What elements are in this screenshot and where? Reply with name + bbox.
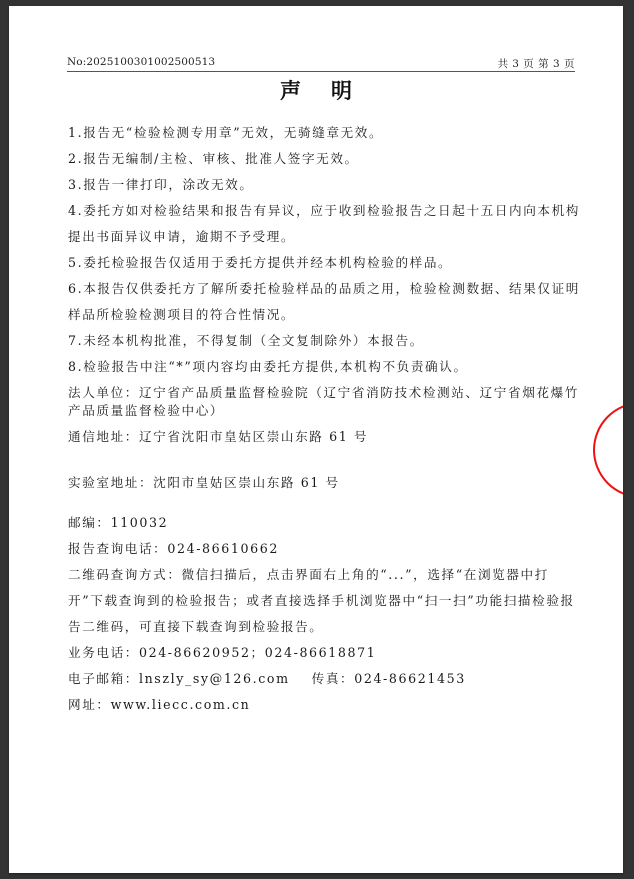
fax: 传真：024-86621453	[312, 671, 466, 686]
document-page: No:2025100301002500513 共 3 页 第 3 页 声明 1.…	[9, 6, 623, 873]
spacer	[68, 450, 580, 470]
spacer	[68, 496, 580, 510]
statement-item-3: 3.报告一律打印，涂改无效。	[68, 172, 580, 198]
statement-item-8: 8.检验报告中注“*”项内容均由委托方提供,本机构不负责确认。	[68, 354, 580, 380]
official-seal-icon	[593, 402, 623, 498]
report-number: No:2025100301002500513	[67, 56, 215, 68]
website: 网址：www.liecc.com.cn	[68, 692, 580, 718]
legal-entity: 法人单位：辽宁省产品质量监督检验院（辽宁省消防技术检测站、辽宁省烟花爆竹产品质量…	[68, 384, 580, 420]
page-header: No:2025100301002500513 共 3 页 第 3 页	[67, 55, 575, 72]
statement-item-5: 5.委托检验报告仅适用于委托方提供并经本机构检验的样品。	[68, 250, 580, 276]
lab-address: 实验室地址：沈阳市皇姑区崇山东路 61 号	[68, 470, 580, 496]
statement-body: 1.报告无“检验检测专用章”无效，无骑缝章无效。 2.报告无编制/主检、审核、批…	[68, 120, 580, 718]
mailing-address: 通信地址：辽宁省沈阳市皇姑区崇山东路 61 号	[68, 424, 580, 450]
business-phone: 业务电话：024-86620952；024-86618871	[68, 640, 580, 666]
statement-item-1: 1.报告无“检验检测专用章”无效，无骑缝章无效。	[68, 120, 580, 146]
email-fax-line: 电子邮箱：lnszly_sy@126.com传真：024-86621453	[68, 666, 580, 692]
statement-item-4: 4.委托方如对检验结果和报告有异议，应于收到检验报告之日起十五日内向本机构提出书…	[68, 198, 580, 250]
statement-item-7: 7.未经本机构批准，不得复制（全文复制除外）本报告。	[68, 328, 580, 354]
email: 电子邮箱：lnszly_sy@126.com	[68, 671, 290, 686]
statement-item-2: 2.报告无编制/主检、审核、批准人签字无效。	[68, 146, 580, 172]
document-viewer: No:2025100301002500513 共 3 页 第 3 页 声明 1.…	[0, 0, 634, 879]
statement-item-6: 6.本报告仅供委托方了解所委托检验样品的品质之用，检验检测数据、结果仅证明样品所…	[68, 276, 580, 328]
report-query-phone: 报告查询电话：024-86610662	[68, 536, 580, 562]
qr-query-instructions: 二维码查询方式：微信扫描后，点击界面右上角的“...”，选择“在浏览器中打开”下…	[68, 562, 580, 640]
page-count: 共 3 页 第 3 页	[497, 56, 575, 71]
page-title: 声明	[9, 75, 623, 105]
postcode: 邮编：110032	[68, 510, 580, 536]
